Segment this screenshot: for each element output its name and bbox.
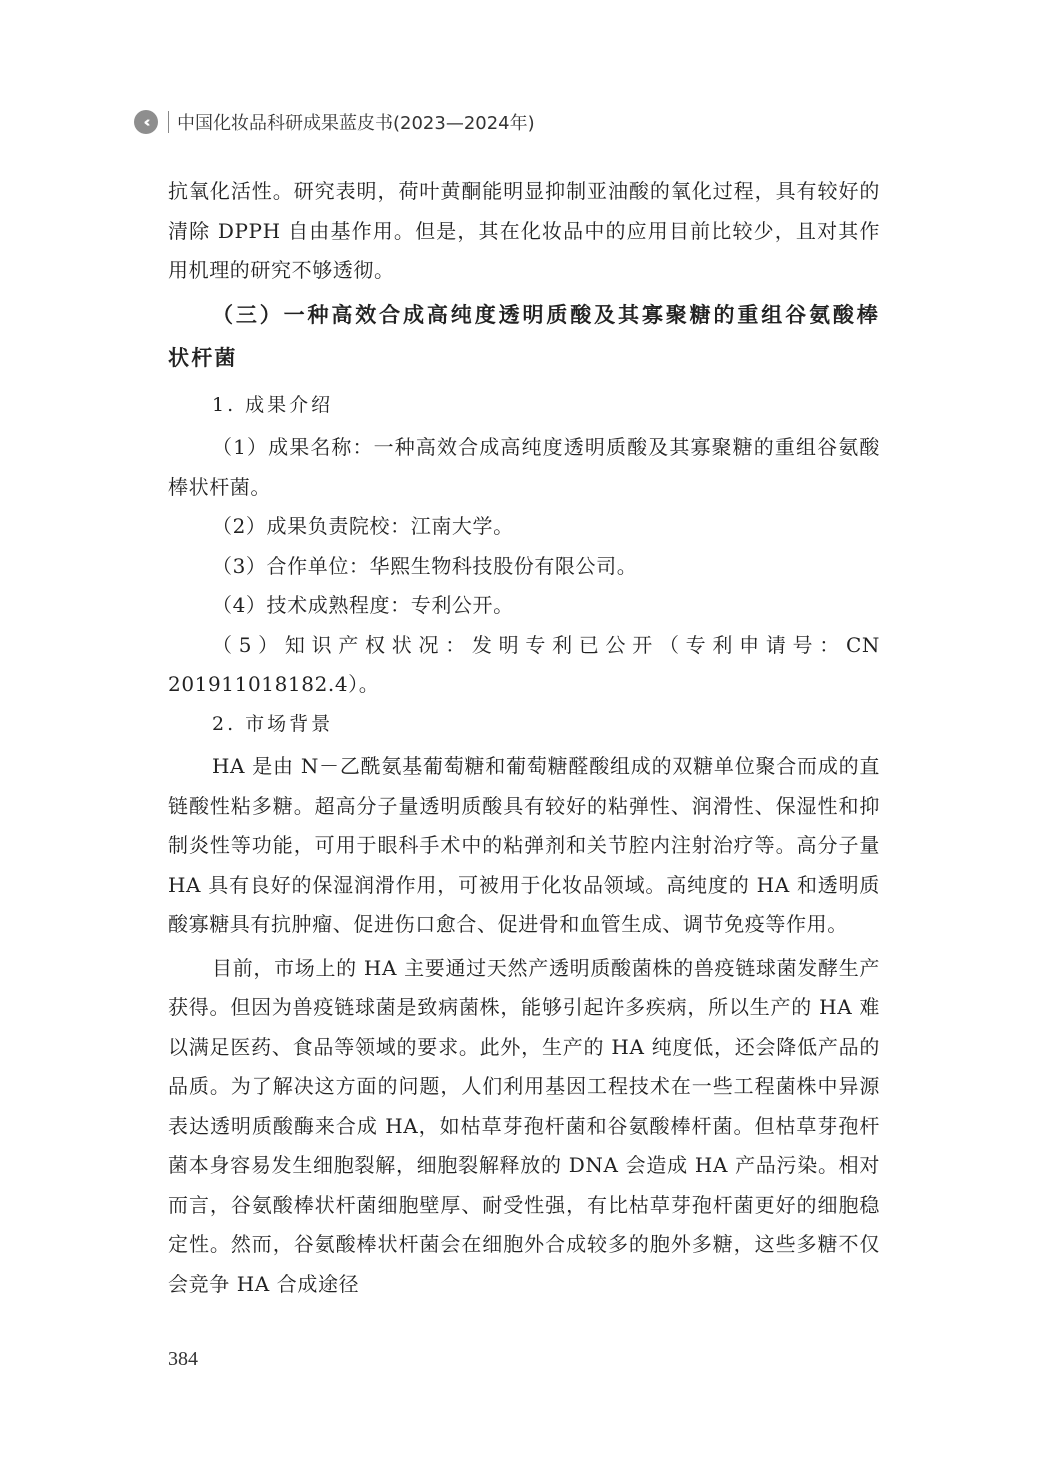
double-chevron-left-icon: ‹‹	[134, 110, 158, 134]
section-title: （三）一种高效合成高纯度透明质酸及其寡聚糖的重组谷氨酸棒状杆菌	[168, 294, 880, 380]
book-title: 中国化妆品科研成果蓝皮书(2023—2024年)	[177, 109, 535, 135]
list-item-partner: （3）合作单位：华熙生物科技股份有限公司。	[168, 547, 880, 587]
market-paragraph-2: 目前，市场上的 HA 主要通过天然产透明质酸菌株的兽疫链球菌发酵生产获得。但因为…	[168, 949, 880, 1305]
running-header: ‹‹ 中国化妆品科研成果蓝皮书(2023—2024年)	[134, 108, 535, 136]
market-paragraph-1: HA 是由 N－乙酰氨基葡萄糖和葡萄糖醛酸组成的双糖单位聚合而成的直链酸性粘多糖…	[168, 747, 880, 945]
list-item-ip-status: （5）知识产权状况：发明专利已公开（专利申请号：CN 201911018182.…	[168, 626, 880, 705]
page-content: 抗氧化活性。研究表明，荷叶黄酮能明显抑制亚油酸的氧化过程，具有较好的清除 DPP…	[168, 172, 880, 1304]
page-number: 384	[168, 1348, 198, 1371]
list-item-maturity: （4）技术成熟程度：专利公开。	[168, 586, 880, 626]
list-item-institution: （2）成果负责院校：江南大学。	[168, 507, 880, 547]
intro-paragraph: 抗氧化活性。研究表明，荷叶黄酮能明显抑制亚油酸的氧化过程，具有较好的清除 DPP…	[168, 172, 880, 291]
list-item-achievement-name: （1）成果名称：一种高效合成高纯度透明质酸及其寡聚糖的重组谷氨酸棒状杆菌。	[168, 428, 880, 507]
subsection-heading-results: 1. 成果介绍	[168, 386, 880, 426]
subsection-heading-market: 2. 市场背景	[168, 705, 880, 745]
header-divider	[168, 111, 169, 133]
